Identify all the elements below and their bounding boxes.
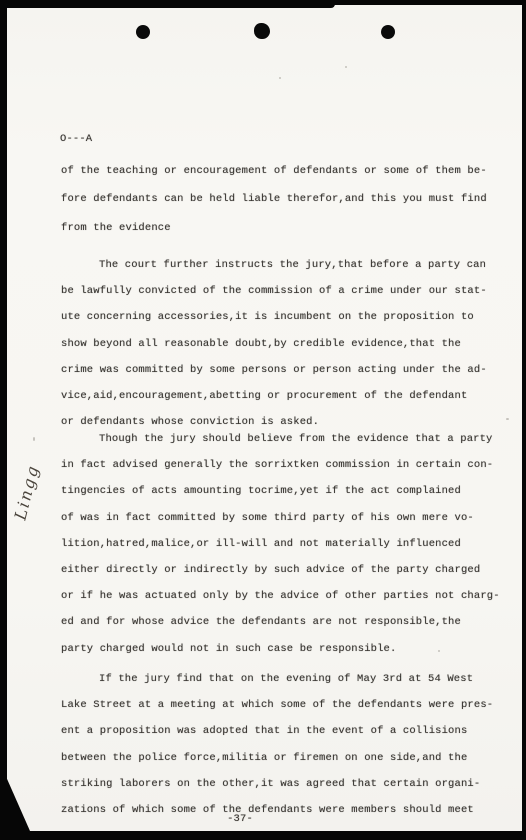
typed-line: of was in fact committed by some third p…	[61, 505, 500, 531]
typed-line: be lawfully convicted of the commission …	[61, 278, 487, 304]
scan-speck	[506, 418, 509, 420]
typed-line: in fact advised generally the sorrixtken…	[61, 452, 500, 478]
typed-line: ed and for whose advice the defendants a…	[61, 609, 500, 635]
section-label: O---A	[60, 133, 92, 145]
scan-speck	[279, 77, 281, 79]
typed-line: The court further instructs the jury,tha…	[61, 252, 487, 278]
typed-line: striking laborers on the other,it was ag…	[61, 771, 493, 797]
scan-edge-bottom	[0, 831, 526, 840]
scan-edge-right	[522, 0, 526, 840]
typed-line: Though the jury should believe from the …	[61, 426, 500, 452]
scan-edge-top-thick	[0, 0, 335, 8]
typed-line: lition,hatred,malice,or ill-will and not…	[61, 531, 500, 557]
typed-line: either directly or indirectly by such ad…	[61, 557, 500, 583]
binder-hole-mark	[136, 25, 150, 39]
typed-line: from the evidence	[61, 214, 487, 242]
typed-line: of the teaching or encouragement of defe…	[61, 157, 487, 185]
paragraph: of the teaching or encouragement of defe…	[61, 157, 487, 242]
typed-line: or if he was actuated only by the advice…	[61, 583, 500, 609]
typed-line: between the police force,militia or fire…	[61, 745, 493, 771]
binder-hole-mark	[254, 23, 270, 39]
page-number: -37-	[180, 813, 300, 825]
typed-line: party charged would not in such case be …	[61, 636, 500, 662]
typed-line: crime was committed by some persons or p…	[61, 357, 487, 383]
typed-line: Lake Street at a meeting at which some o…	[61, 692, 493, 718]
scanned-document-page: Lingg O---A of the teaching or encourage…	[0, 0, 526, 840]
paragraph: The court further instructs the jury,tha…	[61, 252, 487, 435]
typed-line: If the jury find that on the evening of …	[61, 666, 493, 692]
typed-line: vice,aid,encouragement,abetting or procu…	[61, 383, 487, 409]
paragraph: If the jury find that on the evening of …	[61, 666, 493, 823]
typed-line: ute concerning accessories,it is incumbe…	[61, 304, 487, 330]
typed-line: show beyond all reasonable doubt,by cred…	[61, 331, 487, 357]
binder-hole-mark	[381, 25, 395, 39]
typed-line: fore defendants can be held liable there…	[61, 185, 487, 213]
scan-edge-left	[0, 0, 7, 840]
typed-line: tingencies of acts amounting tocrime,yet…	[61, 478, 500, 504]
scan-edge-corner-wedge	[0, 763, 30, 831]
typed-line: ent a proposition was adopted that in th…	[61, 718, 493, 744]
paragraph: Though the jury should believe from the …	[61, 426, 500, 662]
scan-speck	[345, 66, 347, 68]
